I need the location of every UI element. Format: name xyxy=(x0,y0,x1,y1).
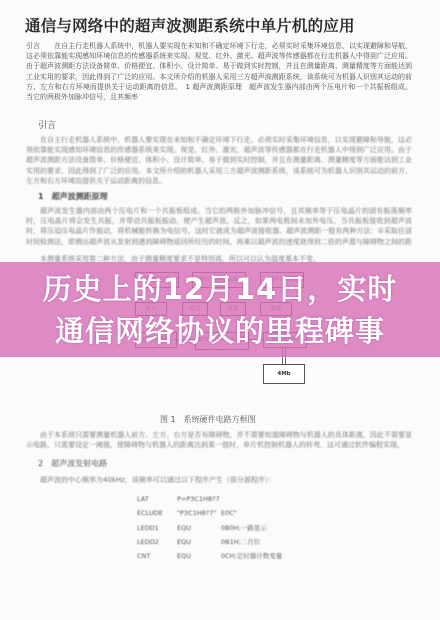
figure-caption: 图 1 系统硬件电路方框图 xyxy=(160,414,256,425)
code-line: CNTEQU0CH;定时器计数变量 xyxy=(137,551,282,560)
intro-heading: 引言 xyxy=(38,118,56,131)
intro-paragraph: 在自主行走机器人系统中，机器人要实现在未知和不确定环境下行走，必须实时采集环境信… xyxy=(26,135,412,186)
abstract-paragraph: 引言 在自主行走机器人系统中，机器人要实现在未知和不确定环境下行走，必须实时采集… xyxy=(26,41,412,112)
section-2-paragraph: 超声波的中心频率为40kHz，该频率可以通过以下程序产生（部分源程序）： xyxy=(26,475,412,485)
after-figure-paragraph: 由于本系统只需要测量机器人前方、左方、右方是否有障碍物，并不需要知道障碍物与机器… xyxy=(26,430,412,450)
code-line: LATP=P3C1H8?7 xyxy=(137,495,221,503)
section-2-heading: 2 超声波发射电路 xyxy=(38,458,107,469)
headline-line-1: 历史上的12月14日，实时 xyxy=(0,268,440,310)
headline-text: 历史上的12月14日，实时 通信网络协议的里程碑事 xyxy=(0,268,440,352)
code-line: LEDD1EQU0B0H;一路显示 xyxy=(137,523,267,532)
section-1-paragraph: 超声波发生器内部由两个压电片和一个共振板组成。当它的两极外加脉冲信号，且其频率等… xyxy=(26,206,412,247)
headline-line-2: 通信网络协议的里程碑事 xyxy=(0,310,440,352)
code-line: LEDD2EQU0B1H;二月位 xyxy=(137,537,260,546)
document-title: 通信与网络中的超声波测距系统中单片机的应用 xyxy=(25,14,355,36)
diagram-box-output: 4Mb xyxy=(263,364,305,384)
code-line: ECLUDE"P3C1H8?7"E0C" xyxy=(137,509,237,517)
section-1-heading: 1 超声波测距原理 xyxy=(38,191,108,202)
